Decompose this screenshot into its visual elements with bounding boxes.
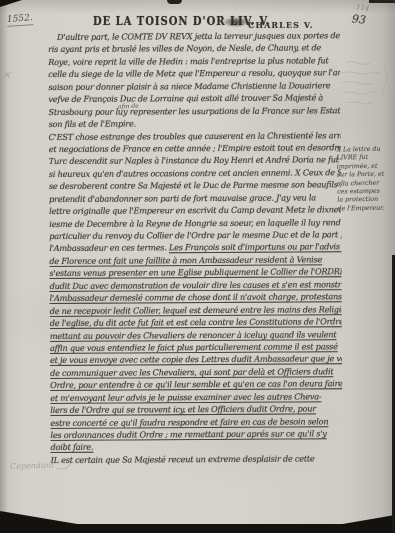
manuscript-scan-page: 1552. DE LA TOISON D'OR LIV. V. CHARLES … <box>0 0 395 533</box>
manuscript-line: de l'eglise, du dit acte fut fait et est… <box>50 315 342 329</box>
margin-year-note: 1552. <box>7 13 34 27</box>
manuscript-line: lettre originalle que l'Empereur en escr… <box>49 203 341 217</box>
interline-insertion: afin de <box>118 103 139 111</box>
pencil-x-mark: × <box>2 67 14 82</box>
margin-note-line: de l'Empereur. <box>337 204 392 213</box>
folio-number-pencil: 114 <box>356 3 370 13</box>
paper: 1552. DE LA TOISON D'OR LIV. V. CHARLES … <box>0 0 395 527</box>
catchword-show-through: Cependant <box>10 460 71 471</box>
margin-ink-note: X La lettre duLIVRE futimprimée, etsur l… <box>336 146 392 214</box>
manuscript-line: les ordonnances dudit Ordre ; me remetta… <box>50 427 342 441</box>
manuscript-text-block: D'aultre part, le COMTE DV REVX jetta la… <box>48 29 343 466</box>
paper-top-shading <box>0 0 395 14</box>
manuscript-line: IL est certain que Sa Majesté receut un … <box>51 452 343 466</box>
photo-edge-top-notch <box>167 0 182 4</box>
faint-pencil-note <box>338 55 392 117</box>
manuscript-line: Strasbourg pour luy representer les usur… <box>48 104 340 118</box>
folio-number-ink: 93 <box>351 12 366 26</box>
margin-note-line: sur la Porte, et <box>337 171 392 180</box>
manuscript-line: liers de l'Ordre qui se trouvent icy, et… <box>50 402 342 416</box>
photo-edge-top-right <box>369 0 395 3</box>
